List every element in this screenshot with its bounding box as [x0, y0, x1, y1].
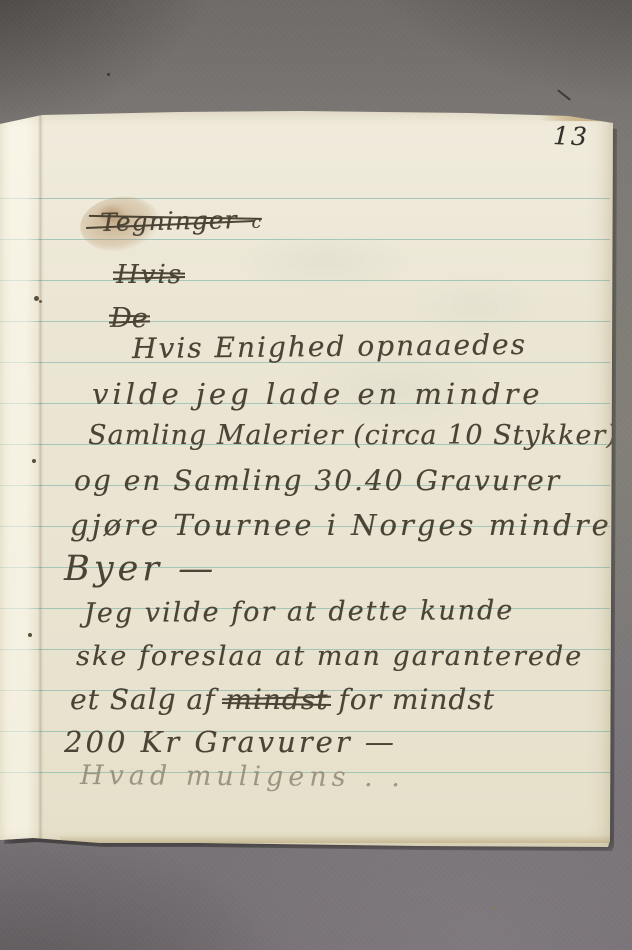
backdrop-speck [107, 73, 110, 76]
photographed-manuscript-scene: 13 Tegningerc Hvis De Hvis Enighed opnaa… [0, 0, 632, 950]
notebook-page: 13 Tegningerc Hvis De Hvis Enighed opnaa… [0, 111, 613, 848]
page-vignette [0, 111, 613, 848]
backdrop-speck [494, 907, 497, 910]
